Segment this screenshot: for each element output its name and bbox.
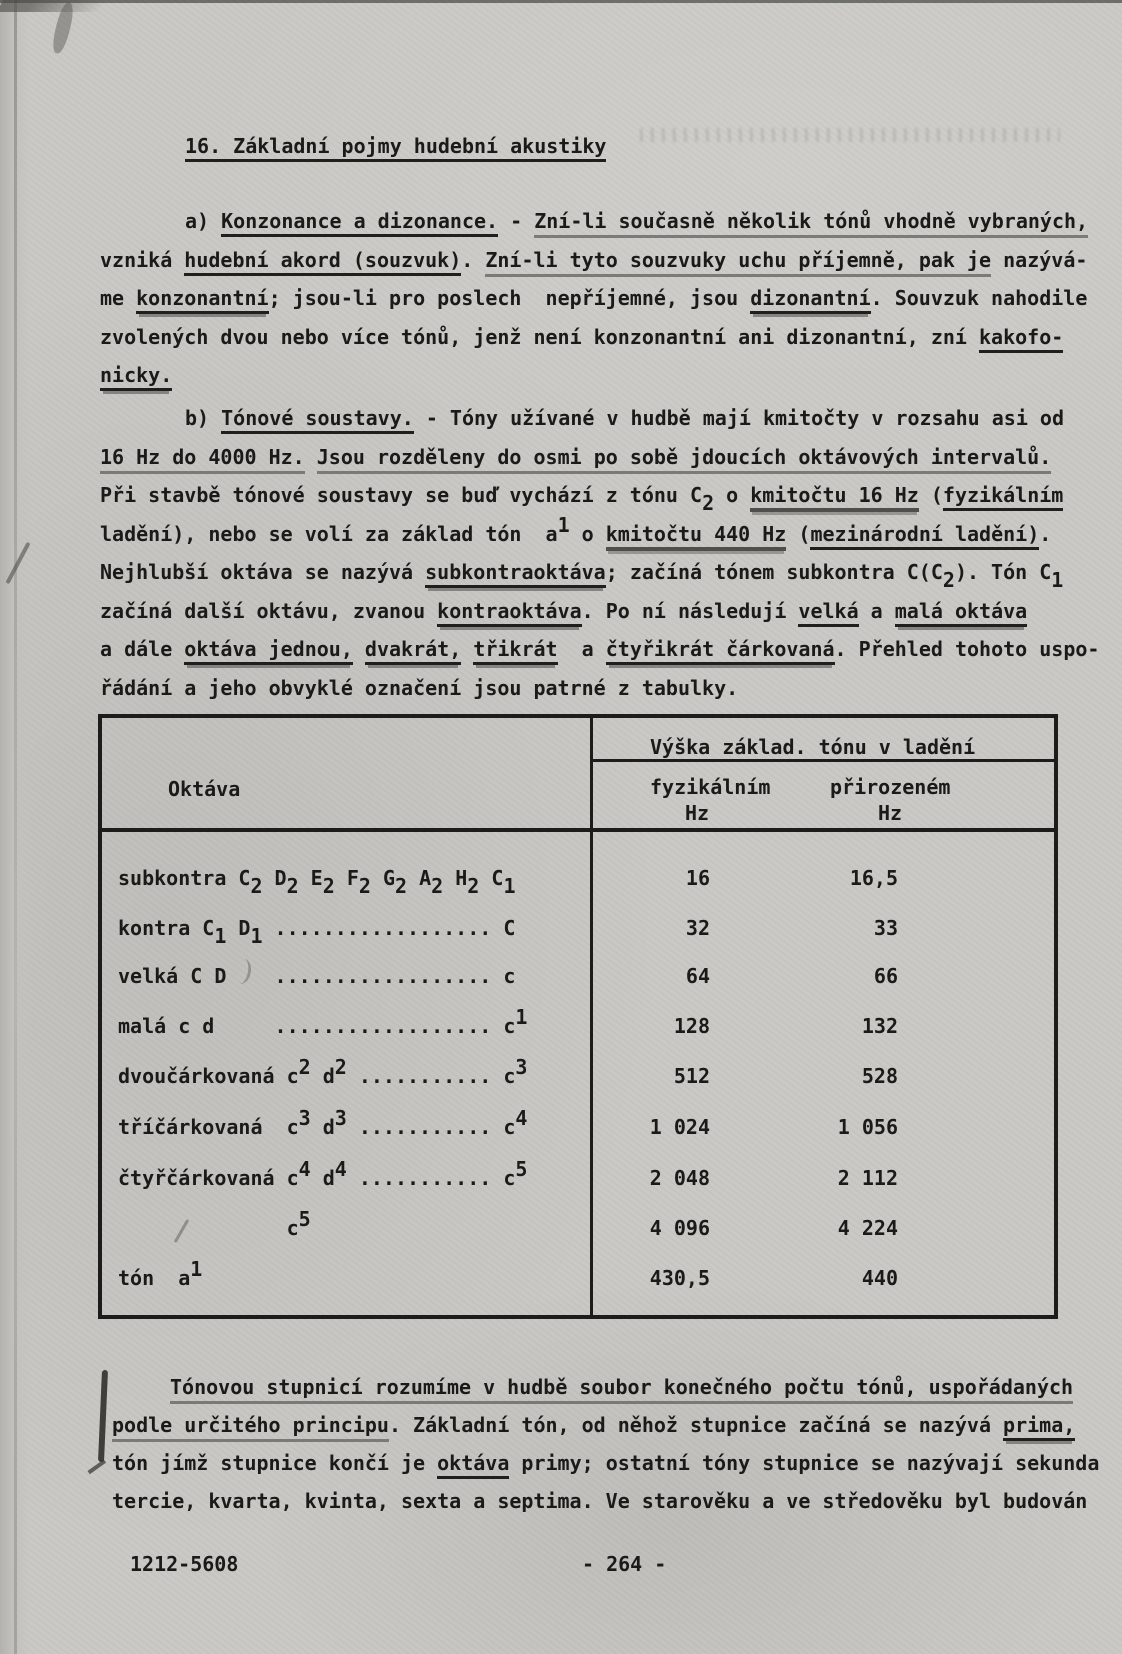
text-segment: začíná další oktávu, zvanou: [100, 599, 437, 623]
underlined-text: oktáva: [437, 1451, 509, 1479]
text-segment: ). Tón C: [955, 560, 1051, 584]
text-segment: c: [118, 1216, 299, 1240]
underlined-text: 16. Základní pojmy hudební akustiky: [185, 134, 606, 162]
text-segment: C: [479, 866, 503, 890]
underlined-text: hudební akord (souzvuk): [184, 248, 461, 276]
text-segment: . Základní tón, od něhož stupnice začíná…: [389, 1413, 1003, 1437]
paragraph-tonova-stupnice: Tónovou stupnicí rozumíme v hudbě soubor…: [112, 1368, 1122, 1520]
text-segment: 1: [250, 921, 262, 951]
text-segment: tón a: [118, 1266, 190, 1290]
text-segment: ladění), nebo se volí za základ tón a: [100, 522, 558, 546]
text-segment: d: [311, 1064, 335, 1088]
text-segment: E: [299, 866, 323, 890]
text-line: podle určitého principu. Základní tón, o…: [112, 1406, 1122, 1444]
page-crease: [14, 0, 17, 1654]
text-segment: 2: [323, 871, 335, 901]
prirozene-hz-value: 16,5: [850, 863, 898, 893]
fyzikalni-hz-value: 64: [686, 961, 710, 991]
text-segment: tón jímž stupnice končí je: [112, 1451, 437, 1475]
prirozene-hz-value: 66: [874, 961, 898, 991]
prirozene-hz-value: 2 112: [838, 1163, 898, 1193]
table-body: subkontra C2 D2 E2 F2 G2 A2 H2 C11616,5k…: [102, 718, 1054, 1315]
text-segment: 1: [558, 506, 570, 545]
text-segment: 2: [335, 1052, 347, 1082]
text-segment: D: [263, 866, 287, 890]
text-segment: nazývá-: [991, 248, 1087, 272]
text-segment: 3: [299, 1103, 311, 1133]
underlined-text: třikrát: [473, 637, 557, 665]
underlined-text: Zní-li tyto souzvuky uchu příjemně, pak …: [485, 248, 991, 277]
text-segment: D: [226, 916, 250, 940]
text-segment: čtyřčárkovaná c: [118, 1166, 299, 1190]
underlined-text: malá oktáva: [895, 599, 1027, 627]
text-segment: 4: [299, 1154, 311, 1184]
table-row: subkontra C2 D2 E2 F2 G2 A2 H2 C11616,5: [102, 863, 1054, 893]
table-row: tón a1430,5440: [102, 1263, 1054, 1293]
text-line: 16. Základní pojmy hudební akustiky: [185, 127, 606, 166]
underlined-text: Tónové soustavy.: [221, 406, 414, 434]
octave-frequency-table: Oktáva Výška základ. tónu v ladění fyzik…: [98, 714, 1058, 1319]
page-number: - 264 -: [582, 1552, 666, 1576]
text-segment: [461, 637, 473, 661]
text-segment: velká C D .................. c: [118, 964, 515, 988]
text-segment: 2: [467, 871, 479, 901]
text-segment: a): [185, 209, 221, 233]
paragraph-konzonance-a-dizonance: a) Konzonance a dizonance. - Zní-li souč…: [100, 202, 1122, 395]
text-segment: 1: [190, 1254, 202, 1284]
text-segment: me: [100, 286, 136, 310]
text-line: Tónovou stupnicí rozumíme v hudbě soubor…: [112, 1368, 1122, 1406]
text-segment: 1: [1051, 561, 1063, 600]
underlined-text: kmitočtu 16 Hz: [750, 483, 919, 512]
underlined-text: Jsou rozděleny do osmi po sobě jdoucích …: [317, 445, 1052, 474]
text-segment: tříčárkovaná c: [118, 1115, 299, 1139]
prirozene-hz-value: 1 056: [838, 1112, 898, 1142]
text-line: tercie, kvarta, kvinta, sexta a septima.…: [112, 1482, 1122, 1520]
pencil-smudge: [640, 128, 1060, 142]
text-segment: 3: [515, 1052, 527, 1082]
text-segment: . Přehled tohoto uspo-: [835, 637, 1100, 661]
text-segment: a dále: [100, 637, 184, 661]
text-segment: o: [570, 522, 606, 546]
text-segment: 4: [515, 1103, 527, 1133]
text-segment: Nejhlubší oktáva se nazývá: [100, 560, 425, 584]
text-segment: 2: [359, 871, 371, 901]
text-segment: d: [311, 1166, 335, 1190]
scanned-document-page: 16. Základní pojmy hudební akustiky a) K…: [0, 0, 1122, 1654]
underlined-text: Tónovou stupnicí rozumíme v hudbě soubor…: [170, 1375, 1073, 1404]
text-line: Při stavbě tónové soustavy se buď vycház…: [100, 476, 1122, 515]
text-segment: b): [185, 406, 221, 430]
text-segment: .: [461, 248, 485, 272]
text-segment: [353, 637, 365, 661]
text-segment: 2: [702, 484, 714, 523]
underlined-text: nicky.: [100, 363, 172, 391]
text-segment: ........... c: [347, 1115, 516, 1139]
text-line: a) Konzonance a dizonance. - Zní-li souč…: [100, 202, 1122, 241]
text-line: Nejhlubší oktáva se nazývá subkontraoktá…: [100, 553, 1122, 592]
table-row: velká C D .................. c6466: [102, 961, 1054, 991]
text-segment: dvoučárkovaná c: [118, 1064, 299, 1088]
text-line: vzniká hudební akord (souzvuk). Zní-li t…: [100, 241, 1122, 280]
text-segment: Při stavbě tónové soustavy se buď vycház…: [100, 483, 702, 507]
text-segment: ........... c: [347, 1064, 516, 1088]
text-segment: (: [919, 483, 943, 507]
octave-label: subkontra C2 D2 E2 F2 G2 A2 H2 C1: [118, 863, 515, 893]
text-segment: 2: [395, 871, 407, 901]
table-row: kontra C1 D1 .................. C3233: [102, 913, 1054, 943]
underlined-text: mezinárodní ladění): [810, 522, 1039, 550]
table-row: tříčárkovaná c3 d3 ........... c41 0241 …: [102, 1112, 1054, 1142]
underlined-text: Konzonance a dizonance.: [221, 209, 498, 237]
text-segment: o: [714, 483, 750, 507]
underlined-text: kakofo-: [979, 325, 1063, 353]
fyzikalni-hz-value: 512: [674, 1061, 710, 1091]
text-segment: -: [498, 209, 534, 233]
text-segment: kontra C: [118, 916, 214, 940]
text-line: ladění), nebo se volí za základ tón a1 o…: [100, 515, 1122, 554]
text-segment: H: [443, 866, 467, 890]
table-row: c54 0964 224: [102, 1213, 1054, 1243]
prirozene-hz-value: 132: [862, 1011, 898, 1041]
text-segment: vzniká: [100, 248, 184, 272]
pencil-margin-bar: [98, 1370, 108, 1462]
fyzikalni-hz-value: 128: [674, 1011, 710, 1041]
text-segment: 2: [287, 871, 299, 901]
prirozene-hz-value: 440: [862, 1263, 898, 1293]
fyzikalni-hz-value: 430,5: [650, 1263, 710, 1293]
table-row: dvoučárkovaná c2 d2 ........... c3512528: [102, 1061, 1054, 1091]
octave-label: čtyřčárkovaná c4 d4 ........... c5: [118, 1163, 527, 1193]
text-line: b) Tónové soustavy. - Tóny užívané v hud…: [100, 399, 1122, 438]
text-segment: (: [786, 522, 810, 546]
fyzikalni-hz-value: 16: [686, 863, 710, 893]
fyzikalni-hz-value: 2 048: [650, 1163, 710, 1193]
text-segment: 3: [335, 1103, 347, 1133]
text-segment: - Tóny užívané v hudbě mají kmitočty v r…: [414, 406, 1064, 430]
prirozene-hz-value: 4 224: [838, 1213, 898, 1243]
text-line: a dále oktáva jednou, dvakrát, třikrát a…: [100, 630, 1122, 669]
underlined-text: dvakrát,: [365, 637, 461, 665]
text-segment: [305, 445, 317, 469]
underlined-text: prima,: [1003, 1413, 1075, 1441]
text-segment: 2: [943, 561, 955, 600]
text-segment: subkontra C: [118, 866, 250, 890]
table-row: malá c d .................. c1128132: [102, 1011, 1054, 1041]
underlined-text: 16 Hz do 4000 Hz.: [100, 445, 305, 474]
text-segment: .: [1039, 522, 1051, 546]
text-segment: . Souvzuk nahodile: [871, 286, 1088, 310]
paragraph-tonove-soustavy: b) Tónové soustavy. - Tóny užívané v hud…: [100, 399, 1122, 707]
section-heading: 16. Základní pojmy hudební akustiky: [185, 127, 606, 166]
octave-label: c5: [118, 1213, 311, 1243]
text-segment: ........... c: [347, 1166, 516, 1190]
underlined-text: subkontraoktáva: [425, 560, 606, 588]
text-segment: A: [407, 866, 431, 890]
underlined-text: kmitočtu 440 Hz: [606, 522, 787, 551]
octave-label: tříčárkovaná c3 d3 ........... c4: [118, 1112, 527, 1142]
octave-label: kontra C1 D1 .................. C: [118, 913, 515, 943]
underlined-text: dizonantní: [750, 286, 870, 314]
octave-label: tón a1: [118, 1263, 202, 1293]
text-segment: zvolených dvou nebo více tónů, jenž není…: [100, 325, 979, 349]
fyzikalni-hz-value: 4 096: [650, 1213, 710, 1243]
text-segment: ; jsou-li pro poslech nepříjemné, jsou: [269, 286, 751, 310]
underlined-text: kontraoktáva: [437, 599, 582, 627]
text-segment: ; začíná tónem subkontra C(C: [606, 560, 943, 584]
text-segment: d: [311, 1115, 335, 1139]
text-segment: 1: [515, 1002, 527, 1032]
text-segment: a: [558, 637, 606, 661]
text-line: nicky.: [100, 356, 1122, 395]
underlined-text: čtyřikrát čárkovaná: [606, 637, 835, 665]
octave-label: velká C D .................. c: [118, 961, 515, 991]
text-segment: 4: [335, 1154, 347, 1184]
underlined-text: Zní-li současně několik tónů vhodně vybr…: [534, 209, 1088, 238]
text-segment: 5: [299, 1204, 311, 1234]
prirozene-hz-value: 528: [862, 1061, 898, 1091]
text-segment: F: [335, 866, 359, 890]
underlined-text: konzonantní: [136, 286, 268, 314]
text-line: začíná další oktávu, zvanou kontraoktáva…: [100, 592, 1122, 631]
underlined-text: oktáva jednou,: [184, 637, 353, 665]
fyzikalni-hz-value: 32: [686, 913, 710, 943]
text-segment: 2: [250, 871, 262, 901]
table-row: čtyřčárkovaná c4 d4 ........... c52 0482…: [102, 1163, 1054, 1193]
text-line: tón jímž stupnice končí je oktáva primy;…: [112, 1444, 1122, 1482]
fyzikalni-hz-value: 1 024: [650, 1112, 710, 1142]
octave-label: malá c d .................. c1: [118, 1011, 527, 1041]
text-segment: . Po ní následují: [582, 599, 799, 623]
text-segment: 1: [214, 921, 226, 951]
text-line: zvolených dvou nebo více tónů, jenž není…: [100, 318, 1122, 357]
text-line: 16 Hz do 4000 Hz. Jsou rozděleny do osmi…: [100, 438, 1122, 477]
underlined-text: fyzikálním: [943, 483, 1063, 511]
text-segment: 5: [515, 1154, 527, 1184]
text-segment: tercie, kvarta, kvinta, sexta a septima.…: [112, 1489, 1087, 1513]
scan-top-edge: [0, 0, 1122, 3]
document-code: 1212-5608: [130, 1552, 238, 1576]
text-segment: 2: [431, 871, 443, 901]
underlined-text: podle určitého principu: [112, 1413, 389, 1442]
text-segment: .................. C: [263, 916, 516, 940]
text-line: řádání a jeho obvyklé označení jsou patr…: [100, 669, 1122, 708]
text-segment: 2: [299, 1052, 311, 1082]
text-segment: primy; ostatní tóny stupnice se nazývají…: [509, 1451, 1099, 1475]
text-line: me konzonantní; jsou-li pro poslech nepř…: [100, 279, 1122, 318]
text-segment: G: [371, 866, 395, 890]
prirozene-hz-value: 33: [874, 913, 898, 943]
text-segment: 1: [503, 871, 515, 901]
text-segment: řádání a jeho obvyklé označení jsou patr…: [100, 676, 738, 700]
octave-label: dvoučárkovaná c2 d2 ........... c3: [118, 1061, 527, 1091]
text-segment: a: [859, 599, 895, 623]
text-segment: malá c d .................. c: [118, 1014, 515, 1038]
underlined-text: velká: [798, 599, 858, 627]
